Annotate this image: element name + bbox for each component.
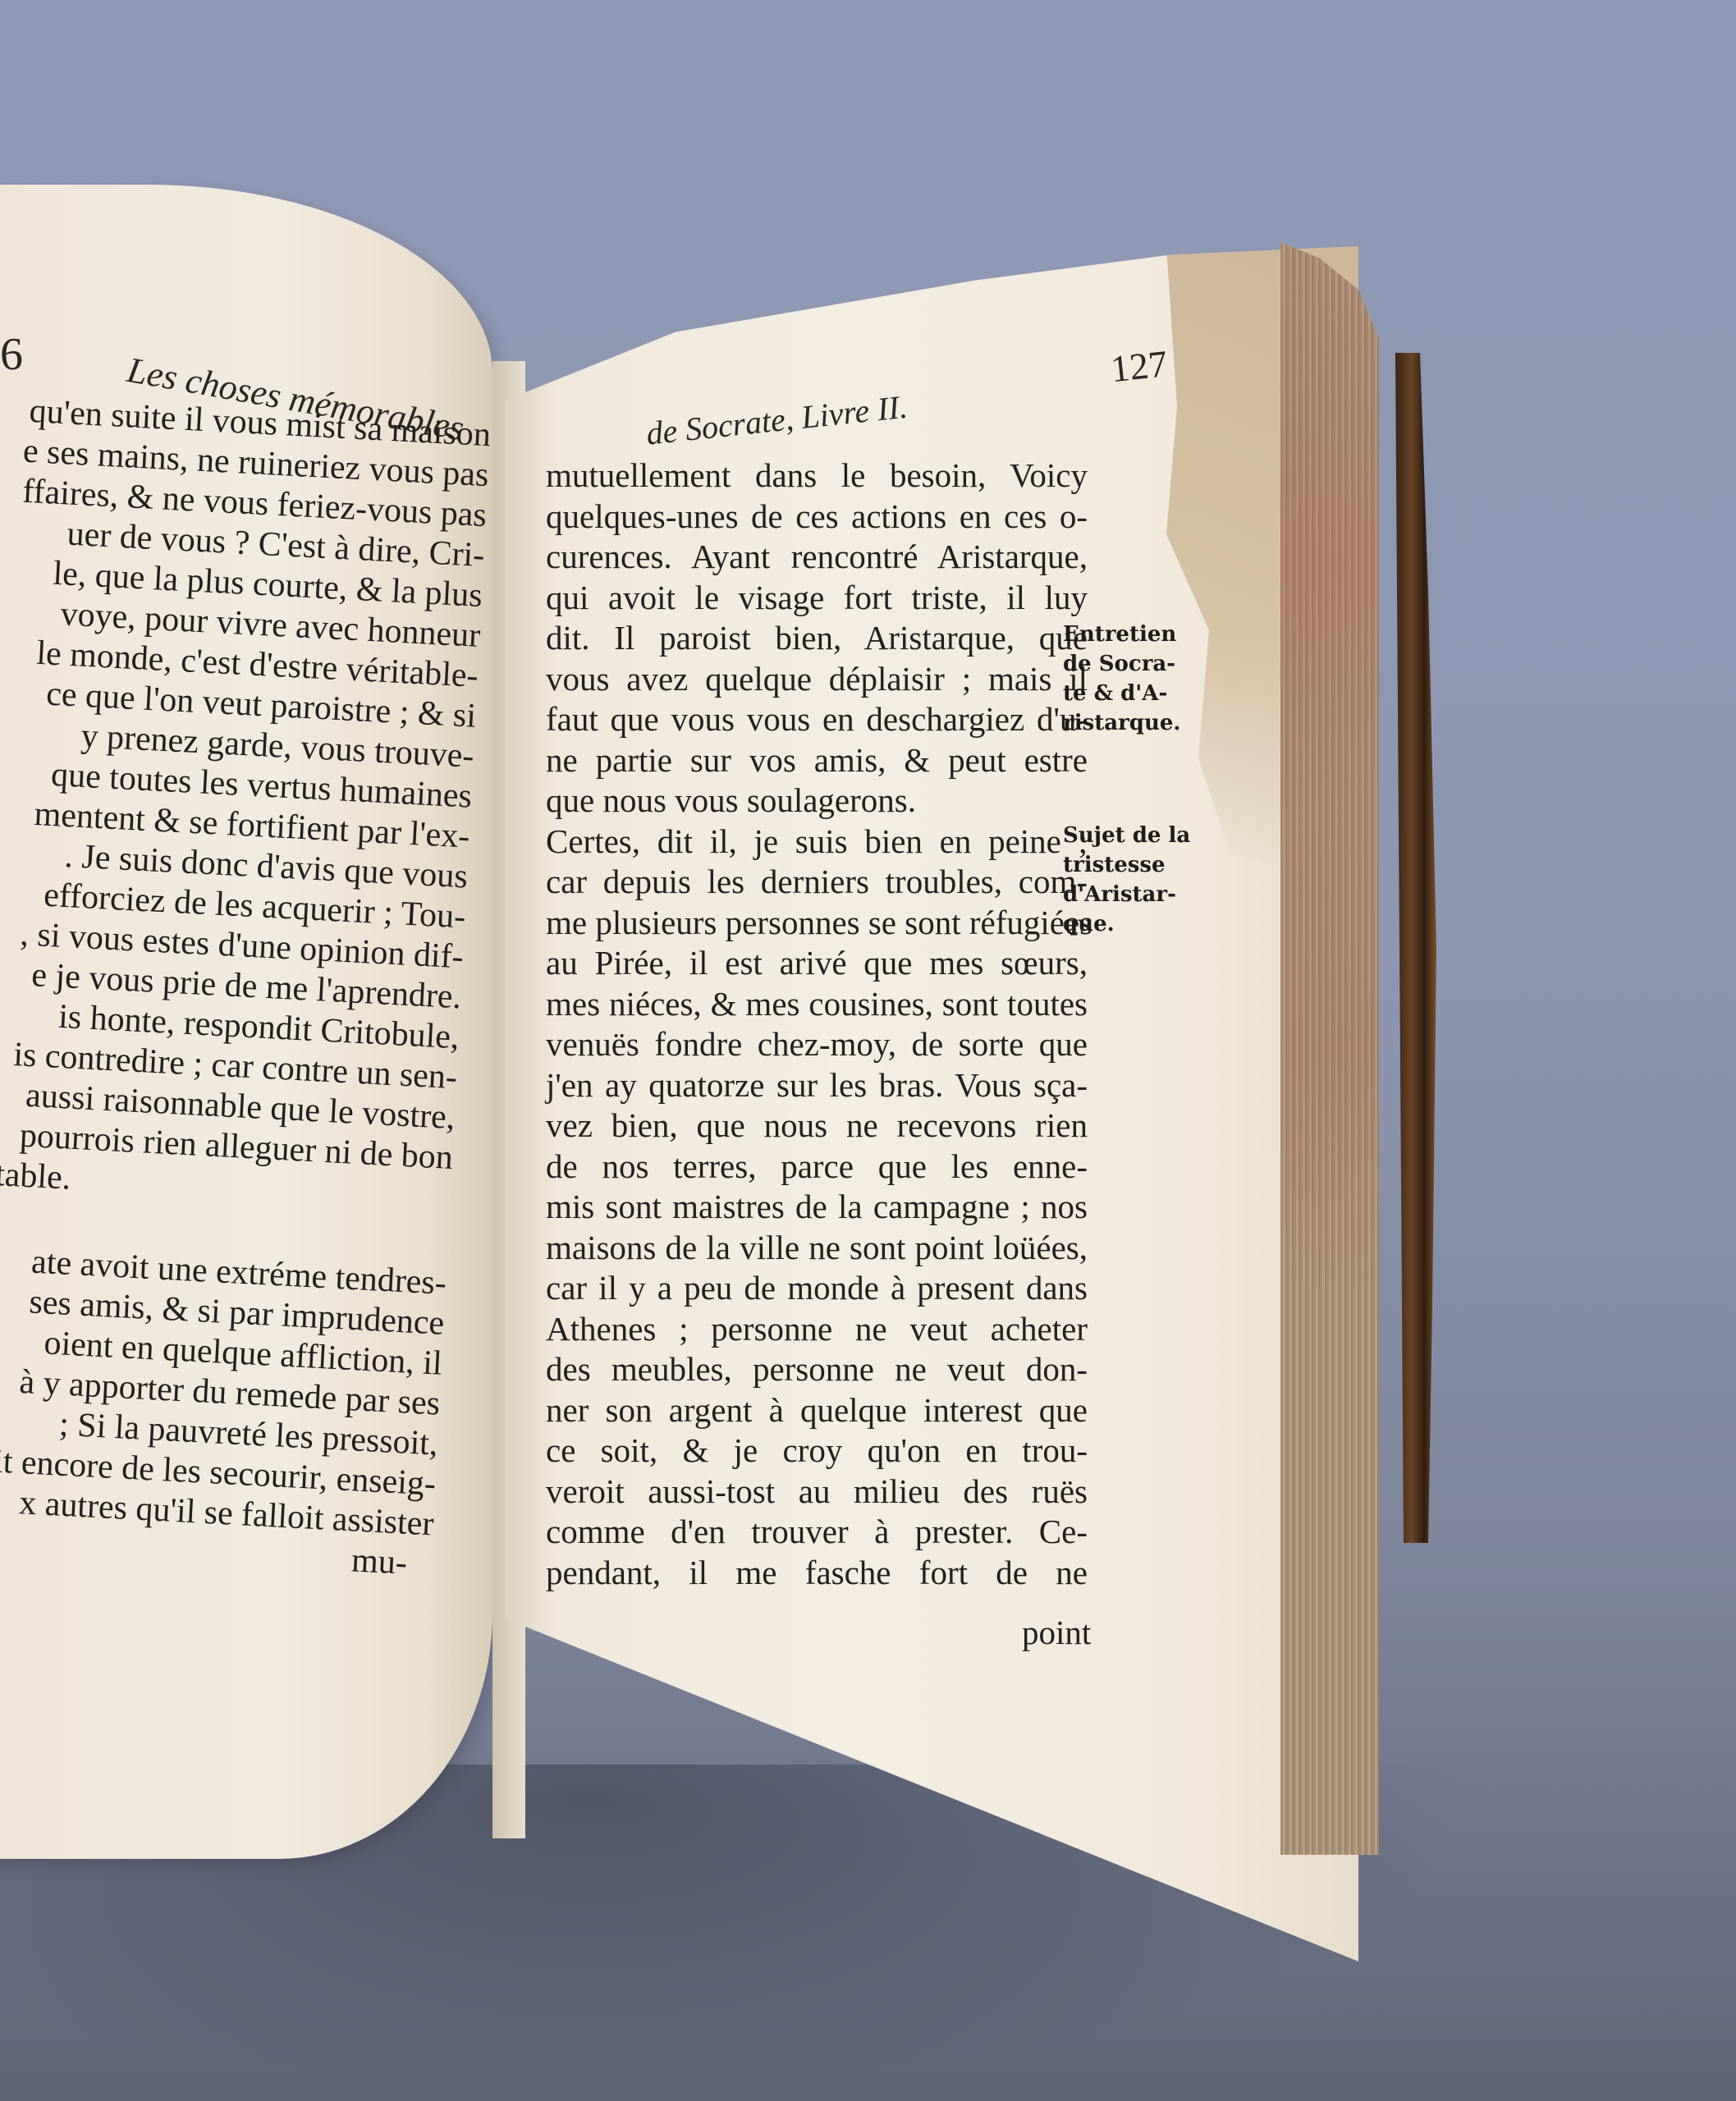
text-line: j'en ay quatorze sur les bras. Vous sça-: [546, 1065, 1088, 1106]
text-line: me plusieurs personnes se sont réfugiées: [546, 903, 1088, 944]
left-page-text: qu'en suite il vous mist sa maison e ses…: [0, 390, 492, 1585]
margin-note: Entretien de Socra- te & d'A- ristarque.: [1063, 620, 1180, 738]
text-line: mes niéces, & mes cousines, sont toutes: [546, 984, 1088, 1025]
text-line: dit. Il paroist bien, Aristarque, que: [546, 618, 1088, 659]
text-line: curences. Ayant rencontré Aristarque,: [546, 537, 1088, 578]
text-line: maisons de la ville ne sont point loüées…: [546, 1228, 1088, 1269]
text-line: que nous vous soulagerons.: [546, 780, 1088, 822]
text-line: des meubles, personne ne veut don-: [546, 1349, 1088, 1390]
left-page: 6 Les choses mémorables qu'en suite il v…: [0, 185, 492, 1859]
text-line: comme d'en trouver à prester. Ce-: [546, 1512, 1088, 1553]
text-line: faut que vous vous en deschargiez d'u-: [546, 699, 1088, 740]
text-line: mis sont maistres de la campagne ; nos: [546, 1187, 1088, 1228]
text-line: vous avez quelque déplaisir ; mais il: [546, 659, 1088, 700]
right-page: de Socrate, Livre II. 127 mutuellement d…: [505, 246, 1358, 1961]
text-line: vez bien, que nous ne recevons rien: [546, 1105, 1088, 1147]
text-line: au Pirée, il est arivé que mes sœurs,: [546, 943, 1088, 984]
running-head-title: de Socrate, Livre II.: [644, 388, 909, 452]
text-line: car il y a peu de monde à present dans: [546, 1268, 1088, 1309]
text-line: Certes, dit il, je suis bien en peine ;: [546, 822, 1088, 863]
leather-binding: [1395, 353, 1436, 1543]
text-line: ner son argent à quelque interest que: [546, 1390, 1088, 1431]
text-line: mutuellement dans le besoin, Voicy: [546, 455, 1088, 497]
text-line: ce soit, & je croy qu'on en trou-: [546, 1430, 1088, 1472]
right-running-head: de Socrate, Livre II. 127: [644, 355, 1221, 464]
text-line: car depuis les derniers troubles, com-: [546, 862, 1088, 903]
catchword: point: [1022, 1613, 1091, 1652]
text-line: de nos terres, parce que les enne-: [546, 1147, 1088, 1188]
text-line: venuës fondre chez-moy, de sorte que: [546, 1024, 1088, 1065]
text-line: veroit aussi-tost au milieu des ruës: [546, 1472, 1088, 1513]
page-fore-edge: [1280, 242, 1379, 1855]
right-page-number: 127: [1109, 341, 1170, 391]
left-page-number: 6: [0, 328, 23, 381]
margin-note: Sujet de la tristesse d'Aristar- que.: [1063, 821, 1190, 939]
right-page-text: mutuellement dans le besoin, Voicy quelq…: [546, 455, 1088, 1593]
text-line: ne partie sur vos amis, & peut estre: [546, 740, 1088, 781]
text-line: qui avoit le visage fort triste, il luy: [546, 578, 1088, 619]
text-line: quelques-unes de ces actions en ces o-: [546, 497, 1088, 538]
text-line: Athenes ; personne ne veut acheter: [546, 1309, 1088, 1350]
photo-scene: 6 Les choses mémorables qu'en suite il v…: [0, 0, 1736, 2101]
text-line: pendant, il me fasche fort de ne: [546, 1553, 1088, 1594]
